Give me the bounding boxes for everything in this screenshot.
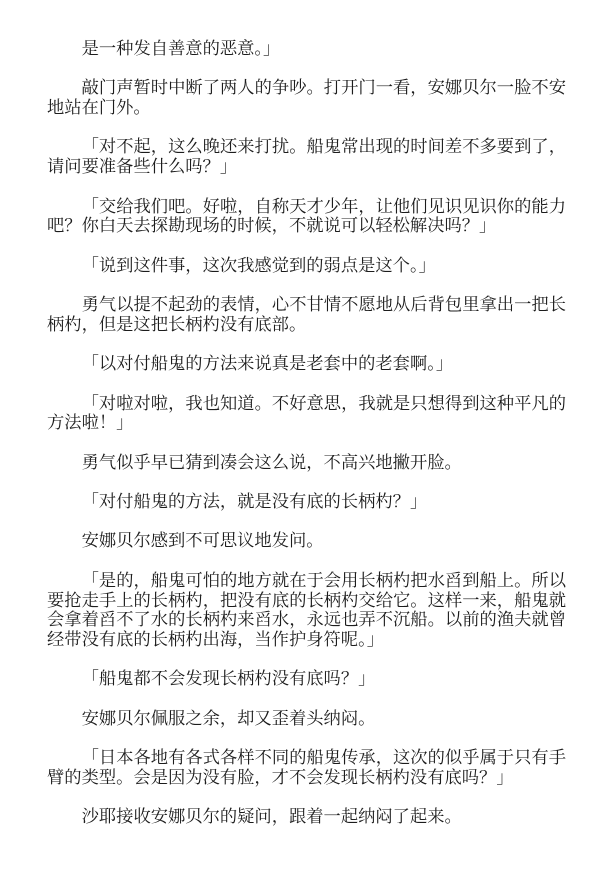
- document-page: 是一种发自善意的恶意。」 敲门声暂时中断了两人的争吵。打开门一看，安娜贝尔一脸不…: [0, 0, 613, 869]
- paragraph: 「日本各地有各式各样不同的船鬼传承，这次的似乎属于只有手臂的类型。会是因为没有脸…: [47, 748, 566, 787]
- paragraph: 安娜贝尔感到不可思议地发问。: [47, 531, 566, 551]
- paragraph: 「对啦对啦，我也知道。不好意思，我就是只想得到这种平凡的方法啦！」: [47, 394, 566, 433]
- paragraph: 勇气以提不起劲的表情，心不甘情不愿地从后背包里拿出一把长柄杓，但是这把长柄杓没有…: [47, 295, 566, 334]
- paragraph: 「以对付船鬼的方法来说真是老套中的老套啊。」: [47, 354, 566, 374]
- paragraph: 「交给我们吧。好啦，自称天才少年，让他们见识见识你的能力吧？你白天去探勘现场的时…: [47, 197, 566, 236]
- paragraph: 「船鬼都不会发现长柄杓没有底吗？」: [47, 669, 566, 689]
- paragraph: 「对付船鬼的方法，就是没有底的长柄杓？」: [47, 492, 566, 512]
- paragraph: 安娜贝尔佩服之余，却又歪着头纳闷。: [47, 709, 566, 729]
- paragraph: 勇气似乎早已猜到凑会这么说，不高兴地撇开脸。: [47, 453, 566, 473]
- paragraph: 「对不起，这么晚还来打扰。船鬼常出现的时间差不多要到了，请问要准备些什么吗？」: [47, 137, 566, 176]
- paragraph: 沙耶接收安娜贝尔的疑问，跟着一起纳闷了起来。: [47, 807, 566, 827]
- paragraph: 是一种发自善意的恶意。」: [47, 39, 566, 59]
- paragraph: 「是的，船鬼可怕的地方就在于会用长柄杓把水舀到船上。所以要抢走手上的长柄杓，把没…: [47, 571, 566, 650]
- paragraph: 「说到这件事，这次我感觉到的弱点是这个。」: [47, 256, 566, 276]
- paragraph: 敲门声暂时中断了两人的争吵。打开门一看，安娜贝尔一脸不安地站在门外。: [47, 78, 566, 117]
